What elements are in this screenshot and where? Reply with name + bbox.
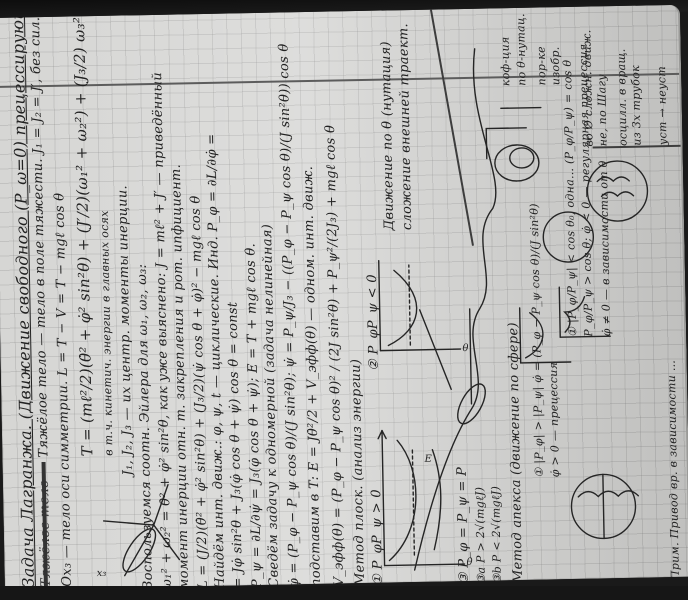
apex-sphere	[571, 474, 639, 539]
svg-text:θ: θ	[462, 343, 468, 354]
plot-2-veff: θ	[379, 259, 469, 356]
svg-text:θ: θ	[466, 557, 472, 568]
plot-1-veff: θ E	[378, 429, 473, 570]
nutation-trajectory	[405, 48, 503, 570]
plot-4	[559, 286, 610, 337]
plot-1-energy-label: E	[423, 454, 432, 465]
sketches: x₃ θ E θ	[0, 5, 688, 590]
photo-bottom-shadow	[0, 586, 688, 600]
notebook-page: Задача Лагранжа. (Движение свободного (P…	[0, 5, 688, 590]
plot-3	[520, 307, 571, 363]
axes-sketch: x₃	[95, 485, 180, 580]
svg-text:x₃: x₃	[97, 568, 107, 579]
apex-sketches	[486, 106, 649, 264]
